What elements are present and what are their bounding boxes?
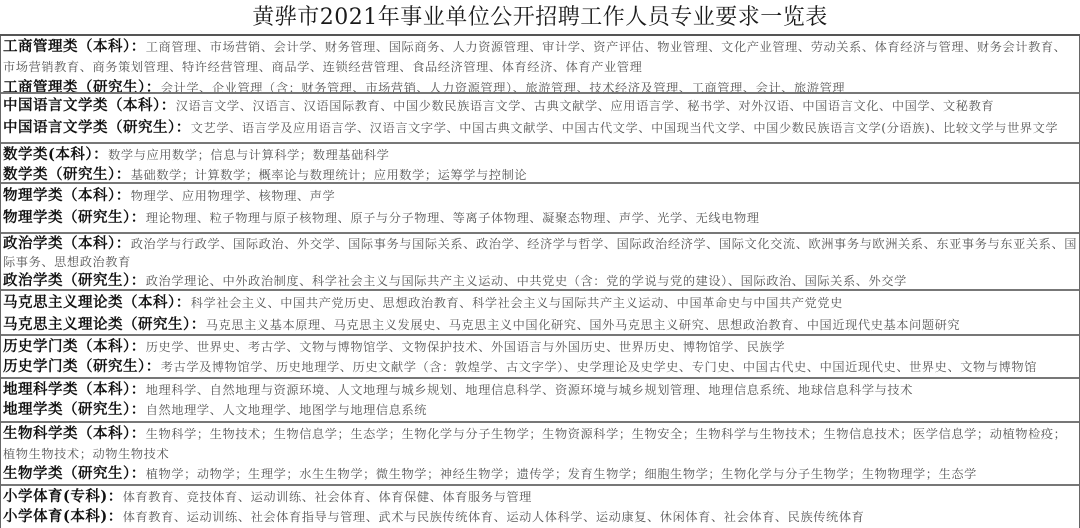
majors-list: 历史学、世界史、考古学、文物与博物馆学、文物保护技术、外国语言与外国历史、世界历… bbox=[146, 340, 785, 354]
category-label: 生物科学类（本科）： bbox=[3, 425, 146, 442]
row-graduate: 数学类（研究生）：基础数学；计算数学；概率论与数理统计；应用数学；运筹学与控制论 bbox=[1, 165, 1079, 184]
category-label: 地理科学类（本科）： bbox=[3, 381, 146, 398]
majors-list: 物理学、应用物理学、核物理、声学 bbox=[131, 189, 336, 203]
category-label: 工商管理类（本科）： bbox=[3, 38, 146, 55]
row-undergrad: 物理学类（本科）：物理学、应用物理学、核物理、声学 bbox=[1, 185, 1079, 207]
row-graduate: 中国语言文学类（研究生）：文艺学、语言学及应用语言学、汉语言文字学、中国古典文献… bbox=[1, 117, 1079, 139]
category-label: 地理学类（研究生）： bbox=[3, 401, 146, 418]
row-undergrad: 政治学类（本科）：政治学与行政学、国际政治、外交学、国际事务与国际关系、政治学、… bbox=[1, 235, 1079, 271]
row-undergrad: 数学类(本科）：数学与应用数学；信息与计算科学；数理基础科学 bbox=[1, 145, 1079, 165]
majors-list: 体育教育、运动训练、社会体育指导与管理、武术与民族传统体育、运动人体科学、运动康… bbox=[123, 510, 865, 524]
majors-list: 马克思主义基本原理、马克思主义发展史、马克思主义中国化研究、国外马克思主义研究、… bbox=[206, 318, 960, 332]
majors-list: 考古学及博物馆学、历史地理学、历史文献学（含：敦煌学、古文字学）、史学理论及史学… bbox=[161, 360, 1037, 374]
section-mathematics: 数学类(本科）：数学与应用数学；信息与计算科学；数理基础科学 数学类（研究生）：… bbox=[1, 144, 1079, 184]
category-label: 中国语言文学类（研究生）： bbox=[3, 119, 191, 136]
majors-list: 植物学；动物学；生理学；水生生物学；微生物学；神经生物学；遗传学；发育生物学；细… bbox=[146, 467, 977, 481]
section-physics: 物理学类（本科）：物理学、应用物理学、核物理、声学 物理学类（研究生）：理论物理… bbox=[1, 184, 1079, 234]
row-undergrad: 地理科学类（本科）：地理科学、自然地理与资源环境、人文地理与城乡规划、地理信息科… bbox=[1, 380, 1079, 400]
section-history: 历史学门类（本科）：历史学、世界史、考古学、文物与博物馆学、文物保护技术、外国语… bbox=[1, 336, 1079, 379]
row-graduate: 地理学类（研究生）：自然地理学、人文地理学、地图学与地理信息系统 bbox=[1, 400, 1079, 420]
majors-list: 理论物理、粒子物理与原子核物理、原子与分子物理、等离子体物理、凝聚态物理、声学、… bbox=[146, 211, 760, 225]
major-requirements-table: 工商管理类（本科）：工商管理、市场营销、会计学、财务管理、国际商务、人力资源管理… bbox=[0, 36, 1080, 528]
category-label: 小学体育(专科)： bbox=[3, 488, 123, 505]
row-undergrad: 工商管理类（本科）：工商管理、市场营销、会计学、财务管理、国际商务、人力资源管理… bbox=[1, 37, 1079, 77]
row-undergrad: 小学体育(本科)：体育教育、运动训练、社会体育指导与管理、武术与民族传统体育、运… bbox=[1, 507, 1079, 527]
section-primary-pe: 小学体育(专科)：体育教育、竞技体育、运动训练、社会体育、体育保健、体育服务与管… bbox=[1, 486, 1079, 528]
category-label: 历史学门类（本科）： bbox=[3, 338, 146, 355]
category-label: 政治学类（本科）： bbox=[3, 235, 131, 252]
category-label: 历史学门类（研究生）： bbox=[3, 358, 161, 375]
majors-list: 会计学、企业管理（含：财务管理、市场营销、人力资源管理）、旅游管理、技术经济及管… bbox=[161, 81, 845, 94]
row-graduate: 工商管理类（研究生）：会计学、企业管理（含：财务管理、市场营销、人力资源管理）、… bbox=[1, 77, 1079, 94]
majors-list: 自然地理学、人文地理学、地图学与地理信息系统 bbox=[146, 403, 427, 417]
majors-list: 政治学与行政学、国际政治、外交学、国际事务与国际关系、政治学、经济学与哲学、国际… bbox=[3, 237, 1077, 269]
row-graduate: 历史学门类（研究生）：考古学及博物馆学、历史地理学、历史文献学（含：敦煌学、古文… bbox=[1, 357, 1079, 377]
majors-list: 体育教育、竞技体育、运动训练、社会体育、体育保健、体育服务与管理 bbox=[123, 490, 532, 504]
section-business-admin: 工商管理类（本科）：工商管理、市场营销、会计学、财务管理、国际商务、人力资源管理… bbox=[1, 36, 1079, 94]
row-undergrad: 马克思主义理论类（本科）：科学社会主义、中国共产党历史、思想政治教育、科学社会主… bbox=[1, 292, 1079, 314]
majors-list: 地理科学、自然地理与资源环境、人文地理与城乡规划、地理信息科学、资源环境与城乡规… bbox=[146, 383, 913, 397]
majors-list: 基础数学；计算数学；概率论与数理统计；应用数学；运筹学与控制论 bbox=[131, 168, 527, 182]
row-undergrad: 历史学门类（本科）：历史学、世界史、考古学、文物与博物馆学、文物保护技术、外国语… bbox=[1, 337, 1079, 357]
row-graduate: 生物学类（研究生）：植物学；动物学；生理学；水生生物学；微生物学；神经生物学；遗… bbox=[1, 464, 1079, 484]
document-page: 黄骅市2021年事业单位公开招聘工作人员专业要求一览表 工商管理类（本科）：工商… bbox=[0, 0, 1080, 528]
category-label: 工商管理类（研究生）： bbox=[3, 79, 161, 94]
majors-list: 科学社会主义、中国共产党历史、思想政治教育、科学社会主义与国际共产主义运动、中国… bbox=[191, 296, 843, 310]
row-graduate: 物理学类（研究生）：理论物理、粒子物理与原子核物理、原子与分子物理、等离子体物理… bbox=[1, 207, 1079, 229]
majors-list: 工商管理、市场营销、会计学、财务管理、国际商务、人力资源管理、审计学、资产评估、… bbox=[3, 40, 1066, 74]
category-label: 小学体育(本科)： bbox=[3, 508, 123, 525]
category-label: 生物学类（研究生）： bbox=[3, 465, 146, 482]
page-title: 黄骅市2021年事业单位公开招聘工作人员专业要求一览表 bbox=[0, 0, 1080, 36]
row-undergrad: 中国语言文学类（本科）：汉语言文学、汉语言、汉语国际教育、中国少数民族语言文学、… bbox=[1, 95, 1079, 117]
category-label: 数学类(本科）： bbox=[3, 146, 108, 163]
section-biology: 生物科学类（本科）：生物科学；生物技术；生物信息学；生态学；生物化学与分子生物学… bbox=[1, 423, 1079, 486]
row-associate: 小学体育(专科)：体育教育、竞技体育、运动训练、社会体育、体育保健、体育服务与管… bbox=[1, 487, 1079, 507]
category-label: 物理学类（本科）： bbox=[3, 187, 131, 204]
majors-list: 文艺学、语言学及应用语言学、汉语言文字学、中国古典文献学、中国古代文学、中国现当… bbox=[191, 121, 1058, 135]
category-label: 马克思主义理论类（研究生）： bbox=[3, 316, 206, 333]
category-label: 数学类（研究生）： bbox=[3, 166, 131, 183]
category-label: 物理学类（研究生）： bbox=[3, 209, 146, 226]
section-marxism: 马克思主义理论类（本科）：科学社会主义、中国共产党历史、思想政治教育、科学社会主… bbox=[1, 291, 1079, 336]
majors-list: 汉语言文学、汉语言、汉语国际教育、中国少数民族语言文学、古典文献学、应用语言学、… bbox=[176, 99, 994, 113]
section-geography: 地理科学类（本科）：地理科学、自然地理与资源环境、人文地理与城乡规划、地理信息科… bbox=[1, 379, 1079, 423]
row-graduate: 马克思主义理论类（研究生）：马克思主义基本原理、马克思主义发展史、马克思主义中国… bbox=[1, 314, 1079, 336]
row-graduate: 政治学类（研究生）：政治学理论、中外政治制度、科学社会主义与国际共产主义运动、中… bbox=[1, 271, 1079, 291]
majors-list: 政治学理论、中外政治制度、科学社会主义与国际共产主义运动、中共党史（含：党的学说… bbox=[146, 274, 907, 288]
section-chinese-literature: 中国语言文学类（本科）：汉语言文学、汉语言、汉语国际教育、中国少数民族语言文学、… bbox=[1, 94, 1079, 144]
majors-list: 生物科学；生物技术；生物信息学；生态学；生物化学与分子生物学；生物资源科学；生物… bbox=[3, 427, 1066, 461]
category-label: 中国语言文学类（本科）： bbox=[3, 97, 176, 114]
majors-list: 数学与应用数学；信息与计算科学；数理基础科学 bbox=[108, 148, 389, 162]
section-political-science: 政治学类（本科）：政治学与行政学、国际政治、外交学、国际事务与国际关系、政治学、… bbox=[1, 234, 1079, 291]
category-label: 马克思主义理论类（本科）： bbox=[3, 294, 191, 311]
row-undergrad: 生物科学类（本科）：生物科学；生物技术；生物信息学；生态学；生物化学与分子生物学… bbox=[1, 424, 1079, 464]
category-label: 政治学类（研究生）： bbox=[3, 272, 146, 289]
